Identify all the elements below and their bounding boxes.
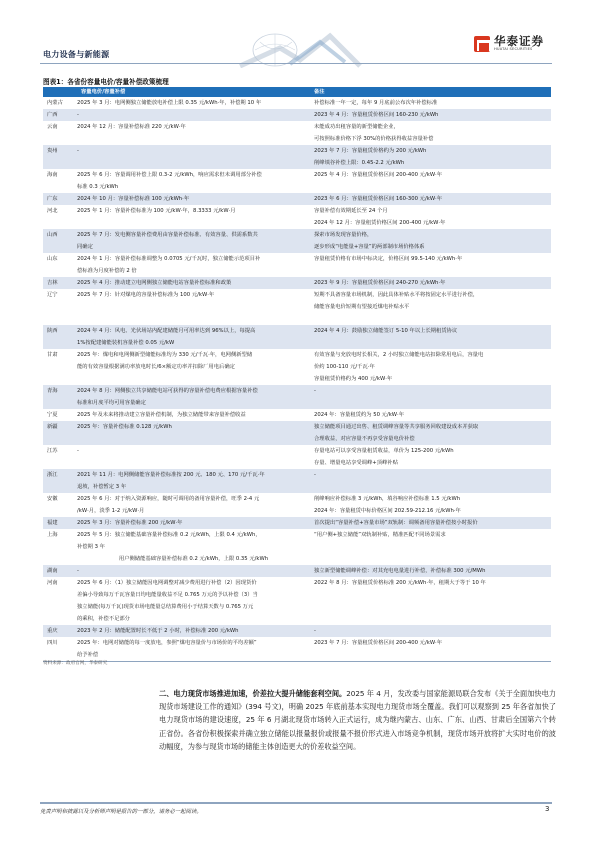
note-cell: 2023 年 9 月：容量租赁价格区间 240-270 元/kWh·年	[314, 277, 551, 289]
note-cell: 存量电站可以享受容量租赁收益，单价为 125-200 元/kWh存量、增量电站享…	[314, 445, 551, 469]
policy-line: 用户侧储能基础容量补偿标准 0.2 元/kWh，上限 0.35 元/kWh	[77, 553, 310, 565]
policy-line: 2024 年 12 月：容量补偿标准 220 元/kW·年	[77, 121, 310, 133]
column-header-policy: 容量电价/容量补偿	[77, 87, 314, 97]
table-row: 浙江2021 年 11 月：电网侧储能容量补偿标准按 200 元、180 元、1…	[43, 469, 551, 493]
policy-table: 容量电价/容量补偿 备注 内蒙古2025 年 3 月：电网侧独立储能放电补偿上限…	[43, 87, 551, 662]
note-line: -	[314, 625, 551, 637]
note-line: -	[314, 385, 551, 397]
policy-line: 差偏小导致每万千瓦容量日均电能量收益不足 0.765 万元的予以补偿（3）当	[77, 589, 310, 601]
policy-line: 标准和月度平均可用容量确定	[77, 397, 310, 409]
policy-line: 给予补偿	[77, 649, 310, 661]
province-cell: 山东	[43, 253, 77, 277]
province-cell: 广西	[43, 109, 77, 121]
note-cell: 2023 年 7 月：容量租赁价格约为 200 元/kWh削峰填谷补偿上限：0.…	[314, 145, 551, 169]
table-row: 山西2025 年 7 月：发电侧容量补偿费用由容量补偿标准、有效容量、供需系数共…	[43, 229, 551, 253]
note-cell: 有效容量与充放电时长相关，2 小时独立储能电站扣除常用电后，容量电价约 100-…	[314, 349, 551, 385]
logo-en-text: HUATAI SECURITIES	[494, 47, 544, 52]
policy-line: 2024 年 1 月：容量补偿标准调整为 0.0705 元/千瓦时，独立储能示范…	[77, 253, 310, 265]
paragraph-lead: 二、电力现货市场推进加速，价差拉大提升储能套利空间。	[159, 689, 346, 698]
figure-title: 图表1：各省份容量电价/容量补偿政策梳理	[43, 76, 169, 86]
note-line: 2024 年 4 月：鼓励独立储能签订 5-10 年以上长期租赁协议	[314, 325, 551, 337]
policy-line: 2025 年：煤电和电网侧新型储能标准均为 330 元/千瓦·年，电网侧新型储	[77, 349, 310, 361]
table-row: 吉林2025 年 4 月：推动建立电网侧独立储能电站容量补偿标准和政策2023 …	[43, 277, 551, 289]
note-line: 储能容量电价短期有望接近煤电补贴水平	[314, 301, 551, 313]
policy-line: /kW·月，淡季 1-2 元/kW·月	[77, 505, 310, 517]
table-row: 四川2025 年：电网对储能的每一度放电，参照“煤电容量价与市场价的平均差额”给…	[43, 637, 551, 661]
province-cell: 河北	[43, 205, 77, 229]
policy-line	[77, 301, 310, 313]
table-row: 云南2024 年 12 月：容量补偿标准 220 元/kW·年未能成功出租容量的…	[43, 121, 551, 145]
table-row: 上海2025 年 5 月：独立储能基础容量补偿标准 0.2 元/kWh，上限 0…	[43, 529, 551, 565]
policy-line: 2025 年 6 月：容量调用补偿上限 0.3-2 元/kWh，响应需求但未调用…	[77, 169, 310, 181]
huatai-logo: 华泰证券 HUATAI SECURITIES	[474, 35, 544, 52]
note-line: 2022 年 8 月：容量租赁价格标准 200 元/kWh·年，租期大于等于 1…	[314, 577, 551, 589]
policy-line: 2025 年及未来将推动建立容量补偿机制，为独立储能带来容量补偿收益	[77, 409, 310, 421]
policy-line: 的乘积，补偿不足部分	[77, 613, 310, 625]
column-header-note: 备注	[314, 87, 551, 97]
note-line	[314, 313, 551, 325]
policy-line: 1%按配建储能装机容量补偿 0.05 元/kW	[77, 337, 310, 349]
policy-line: 2024 年 4 月：风电、光伏场站内配建储能月可用率达到 96%以上，每提高	[77, 325, 310, 337]
policy-line: 2025 年 6 月：对于纳入资源响应，随时可调用的备用容量补偿，旺季 2-4 …	[77, 493, 310, 505]
policy-cell: 2025 年：容量补偿标准 0.128 元/kWh	[77, 421, 314, 445]
policy-cell: 2025 年 4 月：推动建立电网侧独立储能电站容量补偿标准和政策	[77, 277, 314, 289]
policy-line: 2025 年 5 月：独立储能基础容量补偿标准 0.2 元/kWh，上限 0.4…	[77, 529, 310, 541]
policy-line: 2025 年 7 月：针对煤电的容量补偿标准为 100 元/kW·年	[77, 289, 310, 301]
footer-divider	[40, 802, 552, 804]
note-line: 逐步形成“电能量+容量”的两部制市场价格体系	[314, 241, 551, 253]
table-row: 安徽2025 年 6 月：对于纳入资源响应，随时可调用的备用容量补偿，旺季 2-…	[43, 493, 551, 517]
policy-cell: 2024 年 12 月：容量补偿标准 220 元/kW·年	[77, 121, 314, 145]
policy-line: 同确定	[77, 241, 310, 253]
note-cell: 2024 年：容量租赁约为 50 元/kW·年	[314, 409, 551, 421]
table-row: 江苏-存量电站可以享受容量租赁收益，单价为 125-200 元/kWh存量、增量…	[43, 445, 551, 469]
page-header: 电力设备与新能源 华泰证券 HUATAI SECURITIES	[0, 0, 595, 70]
note-line: 容量补偿有效期延长至 24 个月	[314, 205, 551, 217]
note-line: 容量租赁价格约为 400 元/kW·年	[314, 373, 551, 385]
note-line: 价约 100-110 元/千瓦·年	[314, 361, 551, 373]
note-cell: 未能成功出租容量的新型储能企业，可按照标准价格下浮 30%的价格获得收益容量补偿	[314, 121, 551, 145]
province-cell: 海南	[43, 169, 77, 193]
note-cell: 短期不具备容量市场机制，因此具体补贴水平将按固定水平进行补偿，储能容量电价短期有…	[314, 289, 551, 325]
province-cell: 新疆	[43, 421, 77, 445]
header-divider	[40, 63, 552, 64]
note-line: 可按照标准价格下浮 30%的价格获得收益容量补偿	[314, 133, 551, 145]
policy-line: 2025 年：电网对储能的每一度放电，参照“煤电容量价与市场价的平均差额”	[77, 637, 310, 649]
policy-line: 退坡，补偿暂定 3 年	[77, 481, 310, 493]
policy-line: 能的有效容量根据满功率放电时长/6×额定功率并扣除厂用电后确定	[77, 361, 310, 373]
policy-cell: 2025 年 6 月：（1）独立储能因电网调整对减少费用进行补偿（2）因现货价差…	[77, 577, 314, 625]
policy-cell: 2025 年 1 月：容量补偿标准为 100 元/kW·年，8.3333 元/k…	[77, 205, 314, 229]
policy-line: 独立储能(每万千瓦)现货市场电能量总结算费用小于结算天数与 0.765 万元	[77, 601, 310, 613]
province-cell: 内蒙古	[43, 97, 77, 109]
table-row: 新疆2025 年：容量补偿标准 0.128 元/kWh独立储能项目通过出售、租赁…	[43, 421, 551, 445]
note-cell: -	[314, 385, 551, 409]
table-row: 陕西2024 年 4 月：风电、光伏场站内配建储能月可用率达到 96%以上，每提…	[43, 325, 551, 349]
policy-cell: -	[77, 565, 314, 577]
province-cell: 湖南	[43, 565, 77, 577]
policy-cell: 2025 年 7 月：发电侧容量补偿费用由容量补偿标准、有效容量、供需系数共同确…	[77, 229, 314, 253]
province-cell: 上海	[43, 529, 77, 565]
note-line: 探索市场发现容量价格，	[314, 229, 551, 241]
policy-cell: 2021 年 11 月：电网侧储能容量补偿标准按 200 元、180 元、170…	[77, 469, 314, 493]
note-cell: 容量补偿有效期延长至 24 个月2024 年 12 月：容量租赁价格区间 200…	[314, 205, 551, 229]
note-line: 2023 年 7 月：容量租赁价格区间 200-400 元/kW·年	[314, 637, 551, 649]
paragraph-text: 2025 年 4 月，发改委与国家能源局联合发布《关于全面加快电力现货市场建设工…	[159, 689, 556, 751]
policy-line: 2024 年 10 月：容量补偿标准 100 元/kWh·年	[77, 193, 310, 205]
note-cell: 2023 年 4 月：容量租赁价格区间 160-230 元/kWh	[314, 109, 551, 121]
policy-cell: 2025 年：煤电和电网侧新型储能标准均为 330 元/千瓦·年，电网侧新型储能…	[77, 349, 314, 385]
body-paragraph: 二、电力现货市场推进加速，价差拉大提升储能套利空间。2025 年 4 月，发改委…	[159, 687, 556, 753]
province-cell: 宁夏	[43, 409, 77, 421]
table-row: 青海2024 年 8 月：网侧独立共享储能电站可获得的容量补偿电费应根据容量补偿…	[43, 385, 551, 409]
policy-cell: 2025 年 5 月：独立储能基础容量补偿标准 0.2 元/kWh，上限 0.4…	[77, 529, 314, 565]
province-cell: 河南	[43, 577, 77, 625]
policy-line: 2025 年 6 月：（1）独立储能因电网调整对减少费用进行补偿（2）因现货价	[77, 577, 310, 589]
policy-line: 2025 年 3 月：电网侧独立储能放电补偿上限 0.35 元/kWh·年，补偿…	[77, 97, 310, 109]
note-cell: 补偿标准一年一定，每年 9 月底前公布次年补偿标准	[314, 97, 551, 109]
table-row: 河北2025 年 1 月：容量补偿标准为 100 元/kW·年，8.3333 元…	[43, 205, 551, 229]
policy-line: 2025 年 1 月：容量补偿标准为 100 元/kW·年，8.3333 元/k…	[77, 205, 310, 217]
note-cell: 2024 年 4 月：鼓励独立储能签订 5-10 年以上长期租赁协议	[314, 325, 551, 349]
table-body: 内蒙古2025 年 3 月：电网侧独立储能放电补偿上限 0.35 元/kWh·年…	[43, 97, 551, 661]
policy-cell: 2025 年 7 月：针对煤电的容量补偿标准为 100 元/kW·年	[77, 289, 314, 325]
note-line: 独立储能项目通过出售、租赁调峰容量等共享服务回收建设成本并获取	[314, 421, 551, 433]
note-cell: 容量租赁价格有市场中标决定，价格区间 99.5-140 元/kWh·年	[314, 253, 551, 277]
table-row: 甘肃2025 年：煤电和电网侧新型储能标准均为 330 元/千瓦·年，电网侧新型…	[43, 349, 551, 385]
table-row: 福建2025 年 3 月：容量补偿标准 200 元/kW·年首次提出“容量补偿+…	[43, 517, 551, 529]
note-cell: 2022 年 8 月：容量租赁价格标准 200 元/kWh·年，租期大于等于 1…	[314, 577, 551, 625]
policy-cell: 2024 年 1 月：容量补偿标准调整为 0.0705 元/千瓦时，独立储能示范…	[77, 253, 314, 277]
note-cell: 探索市场发现容量价格，逐步形成“电能量+容量”的两部制市场价格体系	[314, 229, 551, 253]
policy-cell: 2025 年 3 月：容量补偿标准 200 元/kW·年	[77, 517, 314, 529]
note-cell: 削峰响应补偿标准 3 元/kWh，填谷响应补偿标准 1.5 元/kWh2024 …	[314, 493, 551, 517]
note-cell: -	[314, 625, 551, 637]
note-line: 2024 年 12 月：容量租赁价格区间 200-400 元/kW·年	[314, 217, 551, 229]
note-line: 有效容量与充放电时长相关，2 小时独立储能电站扣除常用电后，容量电	[314, 349, 551, 361]
table-bottom-rule	[43, 661, 551, 662]
policy-line: 2025 年 3 月：容量补偿标准 200 元/kW·年	[77, 517, 310, 529]
policy-cell: -	[77, 445, 314, 469]
province-cell: 贵州	[43, 145, 77, 169]
note-cell: 2025 年 4 月：容量租赁价格区间 200-400 元/kW·年	[314, 169, 551, 193]
policy-line: -	[77, 109, 310, 121]
policy-line: -	[77, 445, 310, 457]
table-row: 重庆2023 年 2 月：储能配置时长不低于 2 小时，补偿标准 200 元/k…	[43, 625, 551, 637]
policy-cell: 2025 年：电网对储能的每一度放电，参照“煤电容量价与市场价的平均差额”给予补…	[77, 637, 314, 661]
section-title: 电力设备与新能源	[43, 49, 109, 60]
policy-line: 2021 年 11 月：电网侧储能容量补偿标准按 200 元、180 元、170…	[77, 469, 310, 481]
note-line: 存量电站可以享受容量租赁收益，单价为 125-200 元/kWh	[314, 445, 551, 457]
policy-line: 补偿期 3 年	[77, 541, 310, 553]
province-cell: 青海	[43, 385, 77, 409]
table-row: 广西-2023 年 4 月：容量租赁价格区间 160-230 元/kWh	[43, 109, 551, 121]
policy-line: 2025 年：容量补偿标准 0.128 元/kWh	[77, 421, 310, 433]
note-line: -	[314, 469, 551, 481]
globe-decoration-icon	[220, 28, 380, 68]
policy-cell: 2025 年及未来将推动建立容量补偿机制，为独立储能带来容量补偿收益	[77, 409, 314, 421]
province-cell: 江苏	[43, 445, 77, 469]
table-row: 宁夏2025 年及未来将推动建立容量补偿机制，为独立储能带来容量补偿收益2024…	[43, 409, 551, 421]
policy-cell: 2025 年 6 月：容量调用补偿上限 0.3-2 元/kWh，响应需求但未调用…	[77, 169, 314, 193]
note-line: 存量、增量电站享受调峰+顶峰补贴	[314, 457, 551, 469]
policy-line: 2025 年 7 月：发电侧容量补偿费用由容量补偿标准、有效容量、供需系数共	[77, 229, 310, 241]
table-row: 河南2025 年 6 月：（1）独立储能因电网调整对减少费用进行补偿（2）因现货…	[43, 577, 551, 625]
note-line: 补偿标准一年一定，每年 9 月底前公布次年补偿标准	[314, 97, 551, 109]
note-cell: -	[314, 469, 551, 493]
policy-cell: 2024 年 4 月：风电、光伏场站内配建储能月可用率达到 96%以上，每提高1…	[77, 325, 314, 349]
note-line: 首次提出“容量补偿+容量市场”双轨制：调频备用容量补偿按小时报价	[314, 517, 551, 529]
note-line: 短期不具备容量市场机制，因此具体补贴水平将按固定水平进行补偿，	[314, 289, 551, 301]
note-line: “用户侧+独立储能”双轨制补贴，精准匹配不同场景需求	[314, 529, 551, 541]
policy-cell: 2024 年 8 月：网侧独立共享储能电站可获得的容量补偿电费应根据容量补偿标准…	[77, 385, 314, 409]
note-line: 独立新型储能调峰补偿：对其充电电量进行补偿，补偿标准 300 元/MWh	[314, 565, 551, 577]
province-cell: 辽宁	[43, 289, 77, 325]
note-line: 2023 年 4 月：容量租赁价格区间 160-230 元/kWh	[314, 109, 551, 121]
policy-line: 2023 年 2 月：储能配置时长不低于 2 小时，补偿标准 200 元/kWh	[77, 625, 310, 637]
note-cell: 独立新型储能调峰补偿：对其充电电量进行补偿，补偿标准 300 元/MWh	[314, 565, 551, 577]
province-cell: 安徽	[43, 493, 77, 517]
province-cell: 四川	[43, 637, 77, 661]
policy-cell: 2025 年 3 月：电网侧独立储能放电补偿上限 0.35 元/kWh·年，补偿…	[77, 97, 314, 109]
policy-line: 标准 0.3 元/kWh	[77, 181, 310, 193]
province-cell: 甘肃	[43, 349, 77, 385]
policy-line: -	[77, 145, 310, 157]
table-row: 海南2025 年 6 月：容量调用补偿上限 0.3-2 元/kWh，响应需求但未…	[43, 169, 551, 193]
column-header-province	[43, 87, 77, 97]
policy-line: 偿标准为月度补偿的 2 倍	[77, 265, 310, 277]
province-cell: 福建	[43, 517, 77, 529]
note-line: 未能成功出租容量的新型储能企业，	[314, 121, 551, 133]
note-line: 容量租赁价格有市场中标决定，价格区间 99.5-140 元/kWh·年	[314, 253, 551, 265]
page-number: 3	[545, 805, 549, 813]
table-row: 贵州-2023 年 7 月：容量租赁价格约为 200 元/kWh削峰填谷补偿上限…	[43, 145, 551, 169]
figure-source: 资料来源：政府官网，华泰研究	[43, 660, 107, 666]
note-line: 2025 年 4 月：容量租赁价格区间 200-400 元/kW·年	[314, 169, 551, 181]
policy-cell: 2024 年 10 月：容量补偿标准 100 元/kWh·年	[77, 193, 314, 205]
note-line: 合理收益，对应容量不再享受容量电价补偿	[314, 433, 551, 445]
note-line: 2024 年：容量租赁中标价格区间 202.59-212.16 元/kWh·年	[314, 505, 551, 517]
note-cell: 2023 年 7 月：容量租赁价格区间 200-400 元/kW·年	[314, 637, 551, 661]
province-cell: 山西	[43, 229, 77, 253]
table-row: 湖南-独立新型储能调峰补偿：对其充电电量进行补偿，补偿标准 300 元/MWh	[43, 565, 551, 577]
policy-line: 2025 年 4 月：推动建立电网侧独立储能电站容量补偿标准和政策	[77, 277, 310, 289]
province-cell: 吉林	[43, 277, 77, 289]
table-header: 容量电价/容量补偿 备注	[43, 87, 551, 97]
note-cell: “用户侧+独立储能”双轨制补贴，精准匹配不同场景需求	[314, 529, 551, 565]
table-row: 辽宁2025 年 7 月：针对煤电的容量补偿标准为 100 元/kW·年 短期不…	[43, 289, 551, 325]
policy-cell: -	[77, 145, 314, 169]
table-row: 内蒙古2025 年 3 月：电网侧独立储能放电补偿上限 0.35 元/kWh·年…	[43, 97, 551, 109]
logo-cn-text: 华泰证券	[494, 35, 544, 47]
note-line: 2023 年 6 月：容量租赁价格区间 160-300 元/kW·年	[314, 193, 551, 205]
note-line: 2023 年 9 月：容量租赁价格区间 240-270 元/kWh·年	[314, 277, 551, 289]
policy-cell: 2025 年 6 月：对于纳入资源响应，随时可调用的备用容量补偿，旺季 2-4 …	[77, 493, 314, 517]
note-line: 削峰响应补偿标准 3 元/kWh，填谷响应补偿标准 1.5 元/kWh	[314, 493, 551, 505]
policy-cell: -	[77, 109, 314, 121]
footer-disclaimer: 免责声明和披露以及分析师声明是报告的一部分，请务必一起阅读。	[40, 807, 202, 815]
policy-line: -	[77, 565, 310, 577]
policy-line: 2024 年 8 月：网侧独立共享储能电站可获得的容量补偿电费应根据容量补偿	[77, 385, 310, 397]
province-cell: 广东	[43, 193, 77, 205]
province-cell: 浙江	[43, 469, 77, 493]
province-cell: 陕西	[43, 325, 77, 349]
note-line: 2024 年：容量租赁约为 50 元/kW·年	[314, 409, 551, 421]
table-row: 广东2024 年 10 月：容量补偿标准 100 元/kWh·年2023 年 6…	[43, 193, 551, 205]
note-cell: 首次提出“容量补偿+容量市场”双轨制：调频备用容量补偿按小时报价	[314, 517, 551, 529]
note-line: 削峰填谷补偿上限：0.45-2.2 元/kWh	[314, 157, 551, 169]
province-cell: 云南	[43, 121, 77, 145]
table-row: 山东2024 年 1 月：容量补偿标准调整为 0.0705 元/千瓦时，独立储能…	[43, 253, 551, 277]
note-cell: 2023 年 6 月：容量租赁价格区间 160-300 元/kW·年	[314, 193, 551, 205]
policy-cell: 2023 年 2 月：储能配置时长不低于 2 小时，补偿标准 200 元/kWh	[77, 625, 314, 637]
huatai-logo-icon	[474, 36, 490, 52]
note-cell: 独立储能项目通过出售、租赁调峰容量等共享服务回收建设成本并获取合理收益，对应容量…	[314, 421, 551, 445]
province-cell: 重庆	[43, 625, 77, 637]
note-line: 2023 年 7 月：容量租赁价格约为 200 元/kWh	[314, 145, 551, 157]
